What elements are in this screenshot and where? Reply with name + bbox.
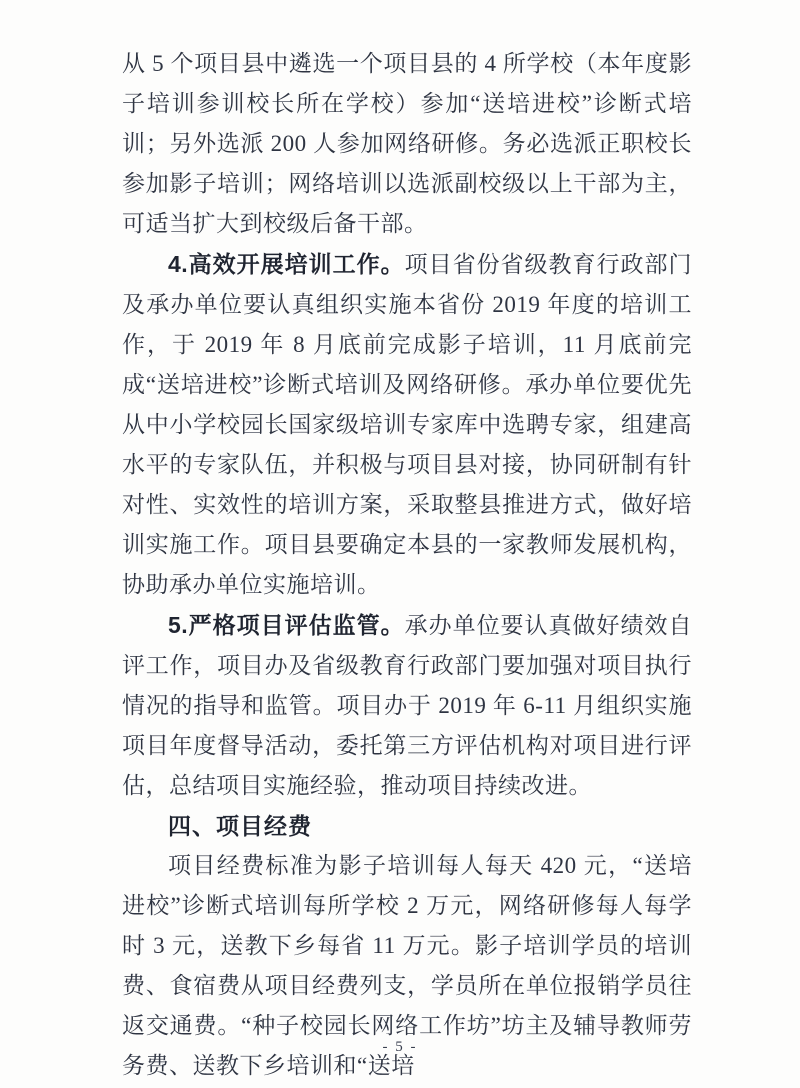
paragraph-bold-lead: 4.高效开展培训工作。	[168, 251, 405, 277]
paragraph-bold-lead: 5.严格项目评估监管。	[168, 612, 405, 638]
paragraph-item-5-evaluation: 5.严格项目评估监管。承办单位要认真做好绩效自评工作，项目办及省级教育行政部门要…	[122, 605, 692, 806]
document-body: 从 5 个项目县中遴选一个项目县的 4 所学校（本年度影子培训参训校长所在学校）…	[122, 44, 692, 1086]
paragraph-text: 项目省份省级教育行政部门及承办单位要认真组织实施本省份 2019 年度的培训工作…	[122, 252, 692, 597]
paragraph-continuation: 从 5 个项目县中遴选一个项目县的 4 所学校（本年度影子培训参训校长所在学校）…	[122, 44, 692, 244]
paragraph-text: 从 5 个项目县中遴选一个项目县的 4 所学校（本年度影子培训参训校长所在学校）…	[122, 51, 692, 236]
paragraph-item-4-training-work: 4.高效开展培训工作。项目省份省级教育行政部门及承办单位要认真组织实施本省份 2…	[122, 244, 692, 605]
page-number: - 5 -	[0, 1039, 800, 1056]
document-page: 从 5 个项目县中遴选一个项目县的 4 所学校（本年度影子培训参训校长所在学校）…	[0, 0, 800, 1088]
section-heading-project-funding: 四、项目经费	[122, 806, 692, 846]
paragraph-text: 承办单位要认真做好绩效自评工作，项目办及省级教育行政部门要加强对项目执行情况的指…	[122, 613, 692, 798]
